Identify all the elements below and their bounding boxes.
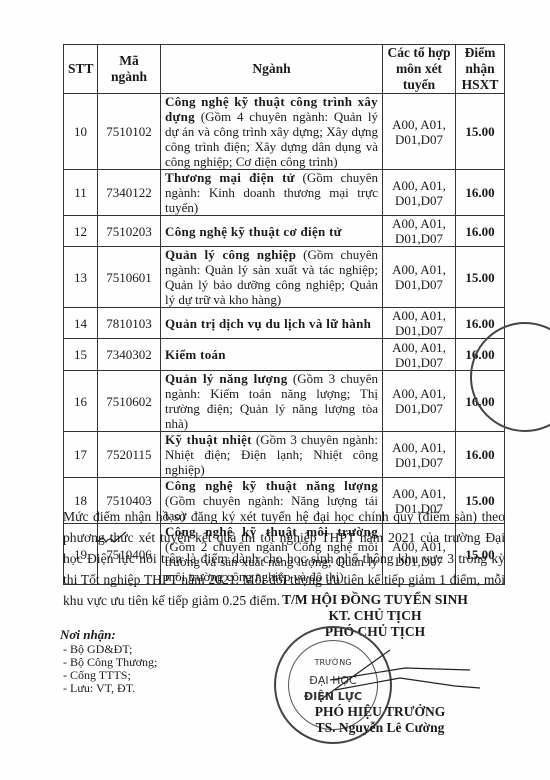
row-major: Công nghệ kỹ thuật cơ điện tử	[161, 216, 383, 247]
header-stt: STT	[64, 45, 98, 94]
signer-name: TS. Nguyễn Lê Cường	[300, 720, 460, 736]
row-combos: A00, A01, D01,D07	[383, 170, 456, 216]
stamp-text: TRƯỜNG	[276, 658, 390, 667]
major-detail: (Gồm 4 chuyên ngành: Quản lý dự án và cô…	[165, 109, 378, 169]
row-major: Công nghệ kỹ thuật công trình xây dựng (…	[161, 94, 383, 170]
major-title: Quản trị dịch vụ du lịch và lữ hành	[165, 316, 371, 331]
row-combos: A00, A01, D01,D07	[383, 247, 456, 308]
row-code: 7810103	[98, 308, 161, 339]
row-stt: 11	[64, 170, 98, 216]
header-score: Điểm nhận HSXT	[456, 45, 505, 94]
major-title: Quản lý công nghiệp	[165, 247, 296, 262]
row-major: Kỹ thuật nhiệt (Gồm 3 chuyên ngành: Nhiệ…	[161, 432, 383, 478]
row-stt: 15	[64, 339, 98, 371]
row-code: 7510602	[98, 371, 161, 432]
row-combos: A00, A01, D01,D07	[383, 216, 456, 247]
recipients-list: Nơi nhận: - Bộ GD&ĐT; - Bộ Công Thương; …	[60, 628, 157, 695]
table-row: 137510601Quản lý công nghiệp (Gồm chuyên…	[64, 247, 505, 308]
table-row: 117340122Thương mại điện tử (Gồm chuyên …	[64, 170, 505, 216]
row-major: Kiểm toán	[161, 339, 383, 371]
row-score: 16.00	[456, 216, 505, 247]
header-combos: Các tổ hợp môn xét tuyển	[383, 45, 456, 94]
recipient-item: - Lưu: VT, ĐT.	[60, 682, 157, 695]
row-major: Thương mại điện tử (Gồm chuyên ngành: Ki…	[161, 170, 383, 216]
row-score: 15.00	[456, 247, 505, 308]
row-score: 16.00	[456, 170, 505, 216]
admission-score-table: STT Mã ngành Ngành Các tổ hợp môn xét tu…	[63, 44, 505, 585]
row-code: 7510102	[98, 94, 161, 170]
major-title: Quản lý năng lượng	[165, 371, 288, 386]
major-title: Công nghệ kỹ thuật cơ điện tử	[165, 224, 342, 239]
table-row: 167510602Quản lý năng lượng (Gồm 3 chuyê…	[64, 371, 505, 432]
row-combos: A00, A01, D01,D07	[383, 432, 456, 478]
row-stt: 16	[64, 371, 98, 432]
row-code: 7510203	[98, 216, 161, 247]
row-major: Quản lý năng lượng (Gồm 3 chuyên ngành: …	[161, 371, 383, 432]
row-major: Quản lý công nghiệp (Gồm chuyên ngành: Q…	[161, 247, 383, 308]
row-code: 7510601	[98, 247, 161, 308]
recipients-heading: Nơi nhận:	[60, 628, 157, 641]
row-combos: A00, A01, D01,D07	[383, 308, 456, 339]
row-code: 7520115	[98, 432, 161, 478]
signature-line-1: T/M HỘI ĐỒNG TUYỂN SINH	[280, 592, 470, 608]
row-stt: 10	[64, 94, 98, 170]
row-stt: 13	[64, 247, 98, 308]
row-score: 16.00	[456, 432, 505, 478]
row-combos: A00, A01, D01,D07	[383, 94, 456, 170]
table-row: 157340302Kiểm toánA00, A01, D01,D0716.00	[64, 339, 505, 371]
major-title: Kiểm toán	[165, 347, 226, 362]
header-code: Mã ngành	[98, 45, 161, 94]
row-combos: A00, A01, D01,D07	[383, 371, 456, 432]
signature-line-2: KT. CHỦ TỊCH	[280, 608, 470, 624]
table-row: 127510203Công nghệ kỹ thuật cơ điện tửA0…	[64, 216, 505, 247]
stamp-text: ĐẠI HỌC	[276, 674, 390, 687]
signer-title: PHÓ HIỆU TRƯỞNG	[300, 704, 460, 720]
major-title: Kỹ thuật nhiệt	[165, 432, 252, 447]
signer-block: PHÓ HIỆU TRƯỞNG TS. Nguyễn Lê Cường	[300, 704, 460, 736]
row-stt: 14	[64, 308, 98, 339]
table-header-row: STT Mã ngành Ngành Các tổ hợp môn xét tu…	[64, 45, 505, 94]
table-row: 177520115Kỹ thuật nhiệt (Gồm 3 chuyên ng…	[64, 432, 505, 478]
table-row: 107510102Công nghệ kỹ thuật công trình x…	[64, 94, 505, 170]
stamp-text: ĐIỆN LỰC	[276, 690, 390, 703]
row-code: 7340122	[98, 170, 161, 216]
row-combos: A00, A01, D01,D07	[383, 339, 456, 371]
row-stt: 12	[64, 216, 98, 247]
header-major: Ngành	[161, 45, 383, 94]
major-title: Công nghệ kỹ thuật năng lượng	[165, 478, 378, 493]
row-major: Quản trị dịch vụ du lịch và lữ hành	[161, 308, 383, 339]
document-page: STT Mã ngành Ngành Các tổ hợp môn xét tu…	[0, 0, 550, 780]
table-row: 147810103Quản trị dịch vụ du lịch và lữ …	[64, 308, 505, 339]
row-code: 7340302	[98, 339, 161, 371]
row-stt: 17	[64, 432, 98, 478]
major-title: Thương mại điện tử	[165, 170, 295, 185]
row-score: 15.00	[456, 94, 505, 170]
